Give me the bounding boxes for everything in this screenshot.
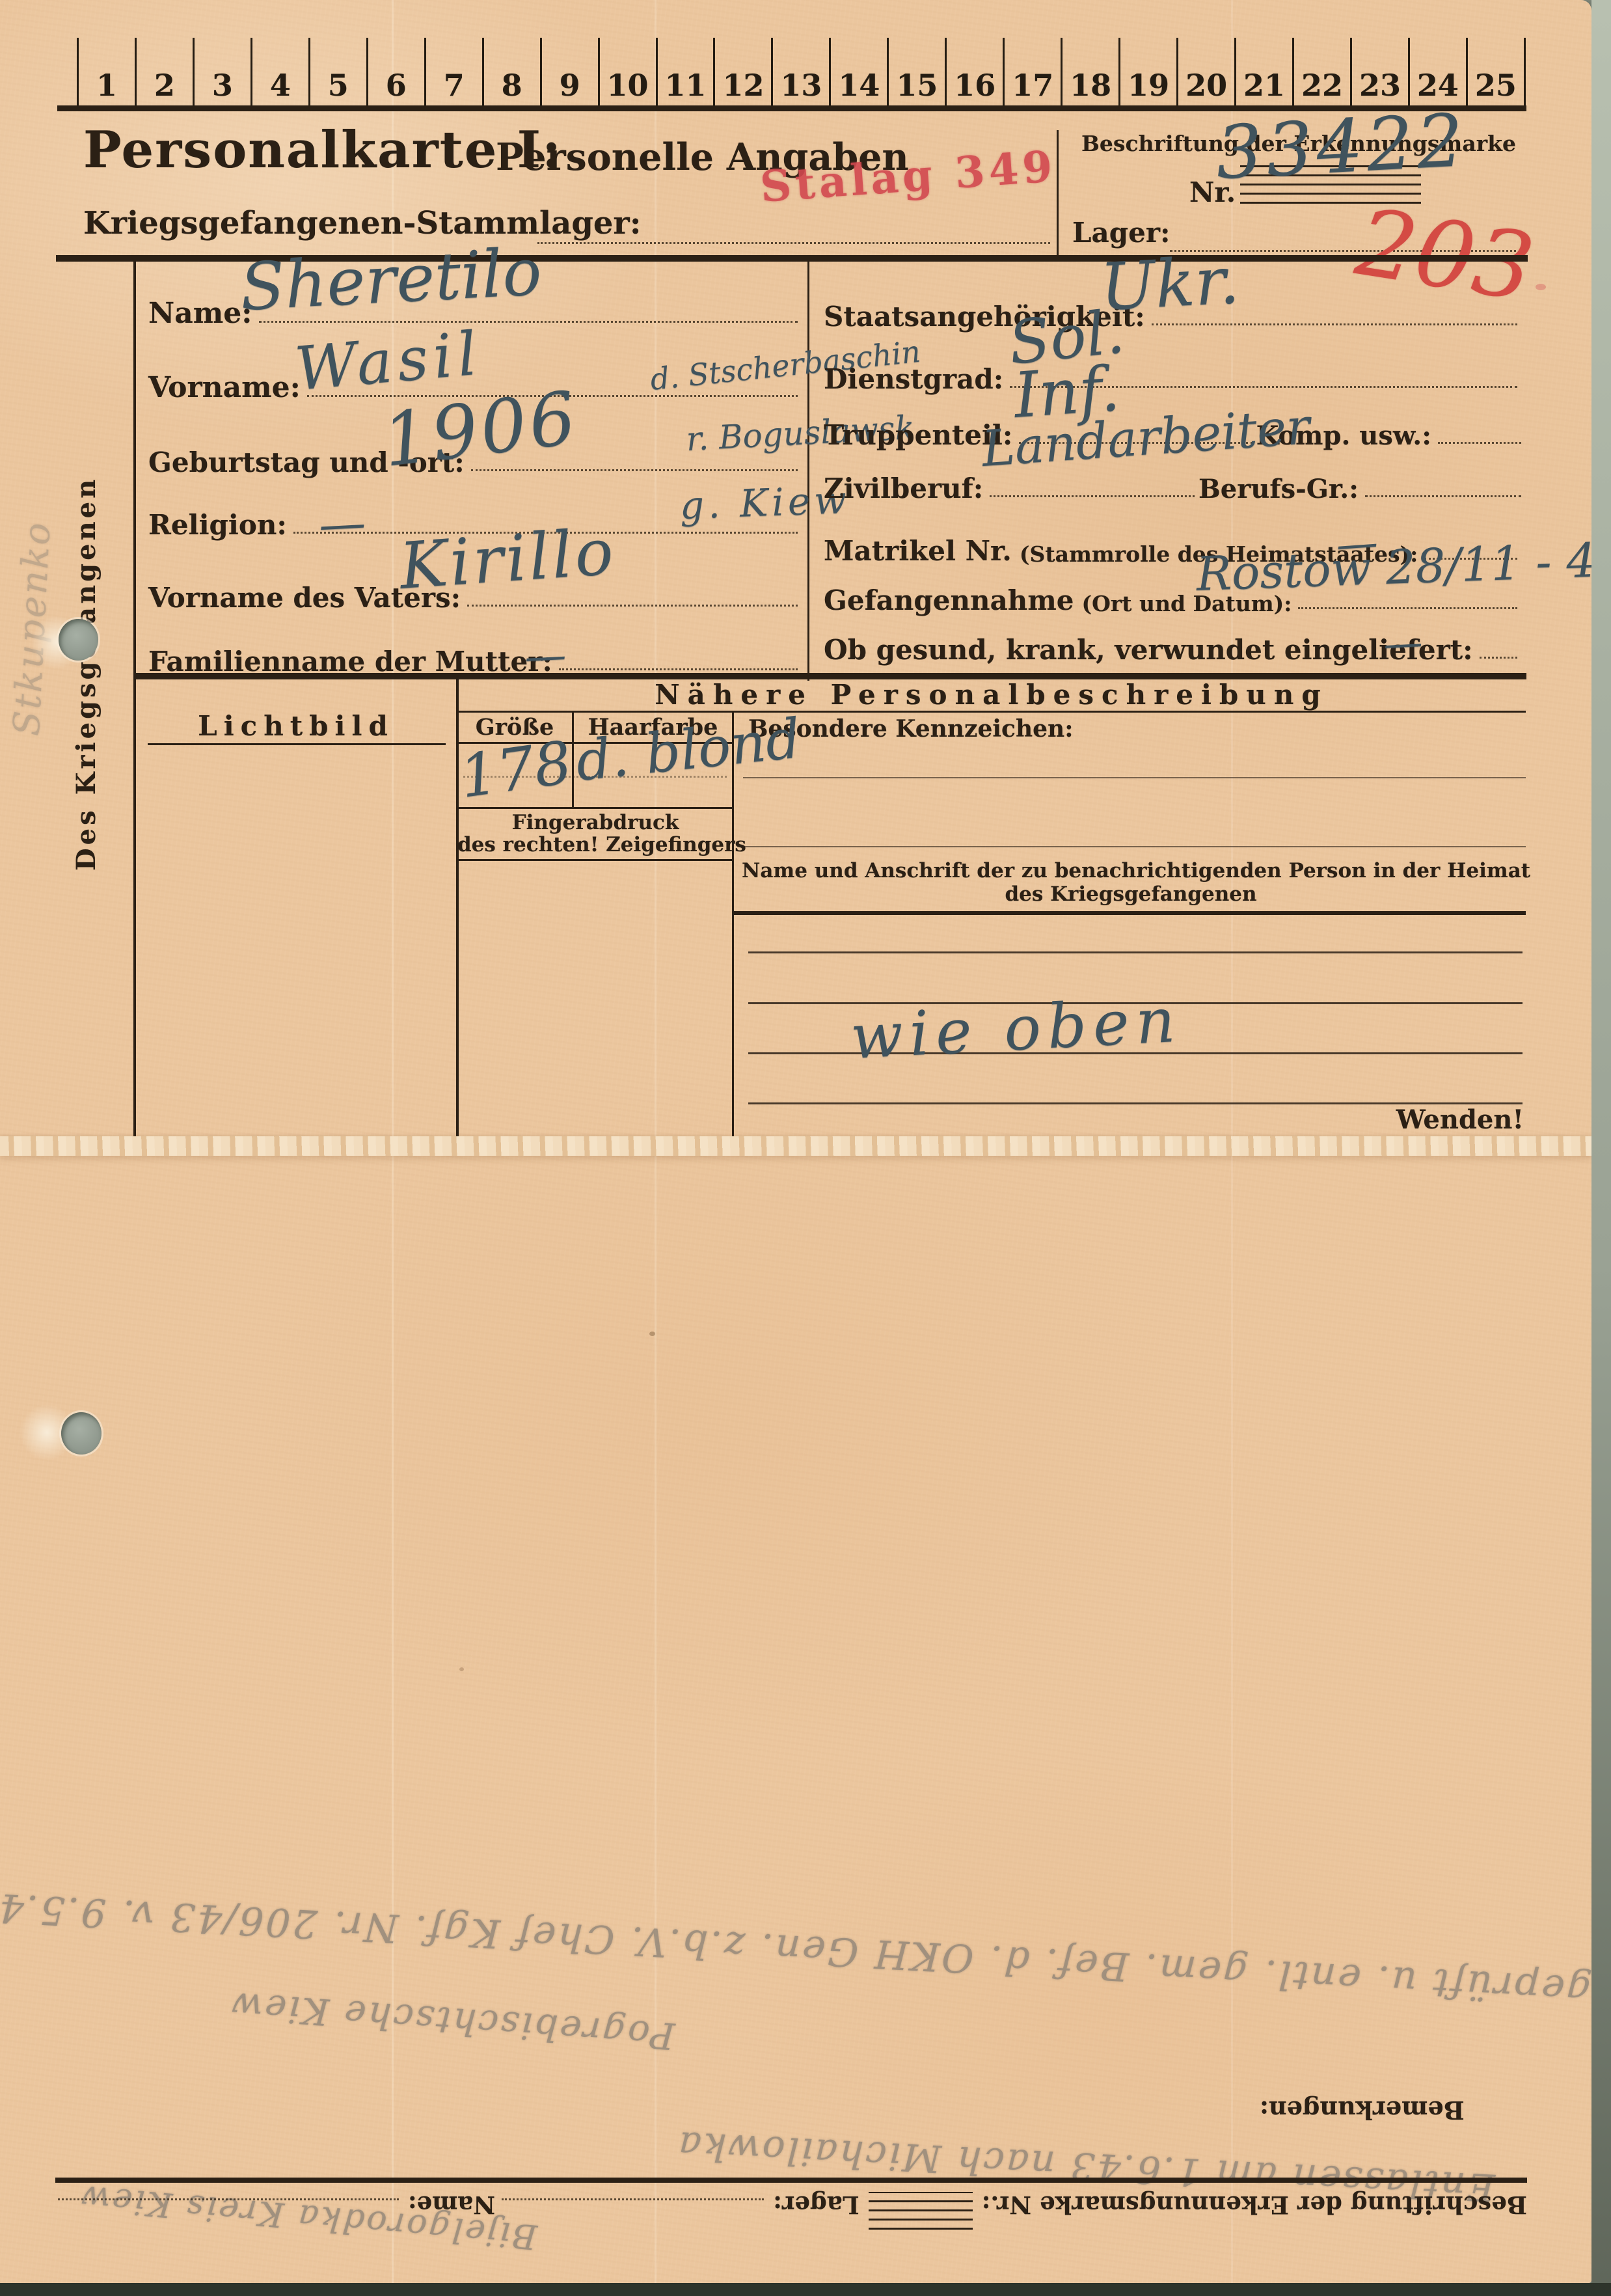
red-smudge	[1536, 284, 1546, 290]
punch-hole	[59, 619, 98, 661]
name-dotted	[259, 321, 798, 323]
berufsgr-dotted	[1365, 495, 1521, 497]
mutter-label: Familienname der Mutter:	[148, 648, 552, 676]
ruler-number: 1	[77, 38, 135, 107]
field-row-mutter: Familienname der Mutter:	[148, 639, 802, 676]
ruler-number: 4	[250, 38, 308, 107]
footer-beschriftung-label: Beschriftung der Erkennungsmarke Nr.:	[982, 2192, 1527, 2217]
ruler-number: 3	[193, 38, 250, 107]
ruler-number: 6	[366, 38, 424, 107]
matrikel-label: Matrikel Nr.	[824, 538, 1012, 565]
geburtstag-dotted	[471, 469, 798, 471]
fingerprint-label-2: des rechten! Zeigefingers	[457, 834, 733, 856]
gefangennahme-value-handwritten: Rostow 28/11 - 42	[1195, 536, 1611, 597]
field-row-dienstgrad: Dienstgrad:	[824, 357, 1521, 393]
ruler-number: 2	[135, 38, 193, 107]
ruler-number: 21	[1234, 38, 1292, 107]
footer-rule-lines	[869, 2192, 973, 2230]
contact-heading-1: Name und Anschrift der zu benachrichtige…	[742, 860, 1520, 882]
paper-speck	[459, 1667, 464, 1671]
field-row-zivilberuf: Zivilberuf: Berufs-Gr.:	[824, 466, 1521, 502]
ruler-number: 18	[1061, 38, 1118, 107]
mutter-dotted	[559, 668, 798, 670]
footer-name-dotted	[58, 2198, 399, 2200]
dienstgrad-label: Dienstgrad:	[824, 366, 1003, 393]
footer-lager-dotted	[502, 2198, 764, 2200]
berufsgr-label: Berufs-Gr.:	[1198, 476, 1359, 502]
ruler-number: 12	[713, 38, 771, 107]
gesund-value-handwritten: —	[1383, 623, 1424, 664]
ruler-number: 16	[945, 38, 1003, 107]
scan-edge-right	[1591, 0, 1611, 2296]
religion-value-handwritten: —	[318, 499, 367, 548]
vater-value-handwritten: Kirillo	[398, 520, 617, 599]
card-title: Personalkarte I:	[83, 124, 562, 177]
footer-lager-label: Lager:	[773, 2192, 860, 2217]
komp-dotted	[1438, 442, 1521, 444]
zivilberuf-label: Zivilberuf:	[824, 475, 983, 502]
lichtbild-underline	[148, 743, 446, 745]
contact-heading-2: des Kriegsgefangenen	[742, 884, 1520, 905]
tag-nr-value-handwritten: 33422	[1214, 104, 1469, 190]
ruler-number: 22	[1292, 38, 1350, 107]
footer-heavy-line	[55, 2178, 1527, 2183]
ruler-number: 15	[887, 38, 945, 107]
ruler-number: 13	[771, 38, 829, 107]
lichtbild-heading: Lichtbild	[135, 712, 457, 741]
ruler-number: 9	[540, 38, 598, 107]
ruler-number: 10	[598, 38, 656, 107]
personalbeschreibung-heading: Nähere Personalbeschreibung	[457, 681, 1526, 709]
name-value-handwritten: Sheretilo	[239, 239, 543, 320]
wenden-note: Wenden!	[1379, 1106, 1524, 1134]
gefangennahme-label: Gefangennahme	[824, 587, 1074, 614]
scan-edge-bottom	[0, 2283, 1611, 2296]
punch-hole	[61, 1412, 102, 1455]
ruler-number: 25	[1466, 38, 1524, 107]
staat-dotted	[1152, 323, 1517, 325]
vorname-label: Vorname:	[148, 374, 301, 402]
paper-speck	[649, 1332, 655, 1336]
header-divider	[1057, 130, 1059, 258]
contact-value-handwritten: wie oben	[849, 990, 1183, 1069]
tag-lager-label: Lager:	[1072, 219, 1170, 247]
kennzeichen-line-2	[743, 846, 1526, 847]
ruler-number: 20	[1176, 38, 1234, 107]
ruler-number: 23	[1350, 38, 1408, 107]
camp-label: Kriegsgefangenen-Stammlager:	[83, 207, 641, 239]
ruler-number: 19	[1118, 38, 1176, 107]
ruler-number: 14	[829, 38, 887, 107]
contact-heavy-line	[733, 911, 1526, 915]
mutter-value-handwritten: —	[524, 635, 567, 678]
torn-edge	[0, 1136, 1591, 1156]
frame-left-line	[133, 258, 136, 1143]
groesse-value-handwritten: 178	[456, 733, 575, 807]
ruler-number: 8	[482, 38, 540, 107]
fingerprint-label-1: Fingerabdruck	[457, 812, 733, 834]
name-label: Name:	[148, 299, 252, 328]
ruler-number: 5	[308, 38, 366, 107]
kennzeichen-line-1	[743, 777, 1526, 778]
fingerprint-underline	[457, 859, 733, 861]
gesund-dotted	[1480, 657, 1517, 659]
geburtsjahr-handwritten: 1906	[379, 381, 582, 478]
gefangennahme-dotted	[1298, 607, 1517, 609]
religion-label: Religion:	[148, 512, 287, 539]
vorname-value-handwritten: Wasil	[293, 323, 484, 400]
footer-name-label: Name:	[408, 2192, 495, 2217]
ruler-number: 24	[1408, 38, 1466, 107]
zivilberuf-dotted	[990, 495, 1195, 497]
fields-column-divider	[807, 258, 809, 681]
personalbeschreibung-underline	[457, 711, 1526, 713]
camp-dotted-line	[537, 242, 1050, 244]
ruler-strip: 1234567891011121314151617181920212223242…	[77, 38, 1526, 107]
footer-row: Beschriftung der Erkennungsmarke Nr.: La…	[55, 2192, 1527, 2241]
ruler-number: 7	[424, 38, 482, 107]
contact-writing-line	[748, 951, 1523, 953]
ruler-number: 17	[1003, 38, 1061, 107]
ruler-number: 11	[656, 38, 714, 107]
vater-dotted	[467, 605, 798, 607]
groesse-cell-bottomline	[457, 807, 733, 809]
gesund-label: Ob gesund, krank, verwundet eingeliefert…	[824, 636, 1473, 664]
scanned-pow-card: 1234567891011121314151617181920212223242…	[0, 0, 1611, 2296]
